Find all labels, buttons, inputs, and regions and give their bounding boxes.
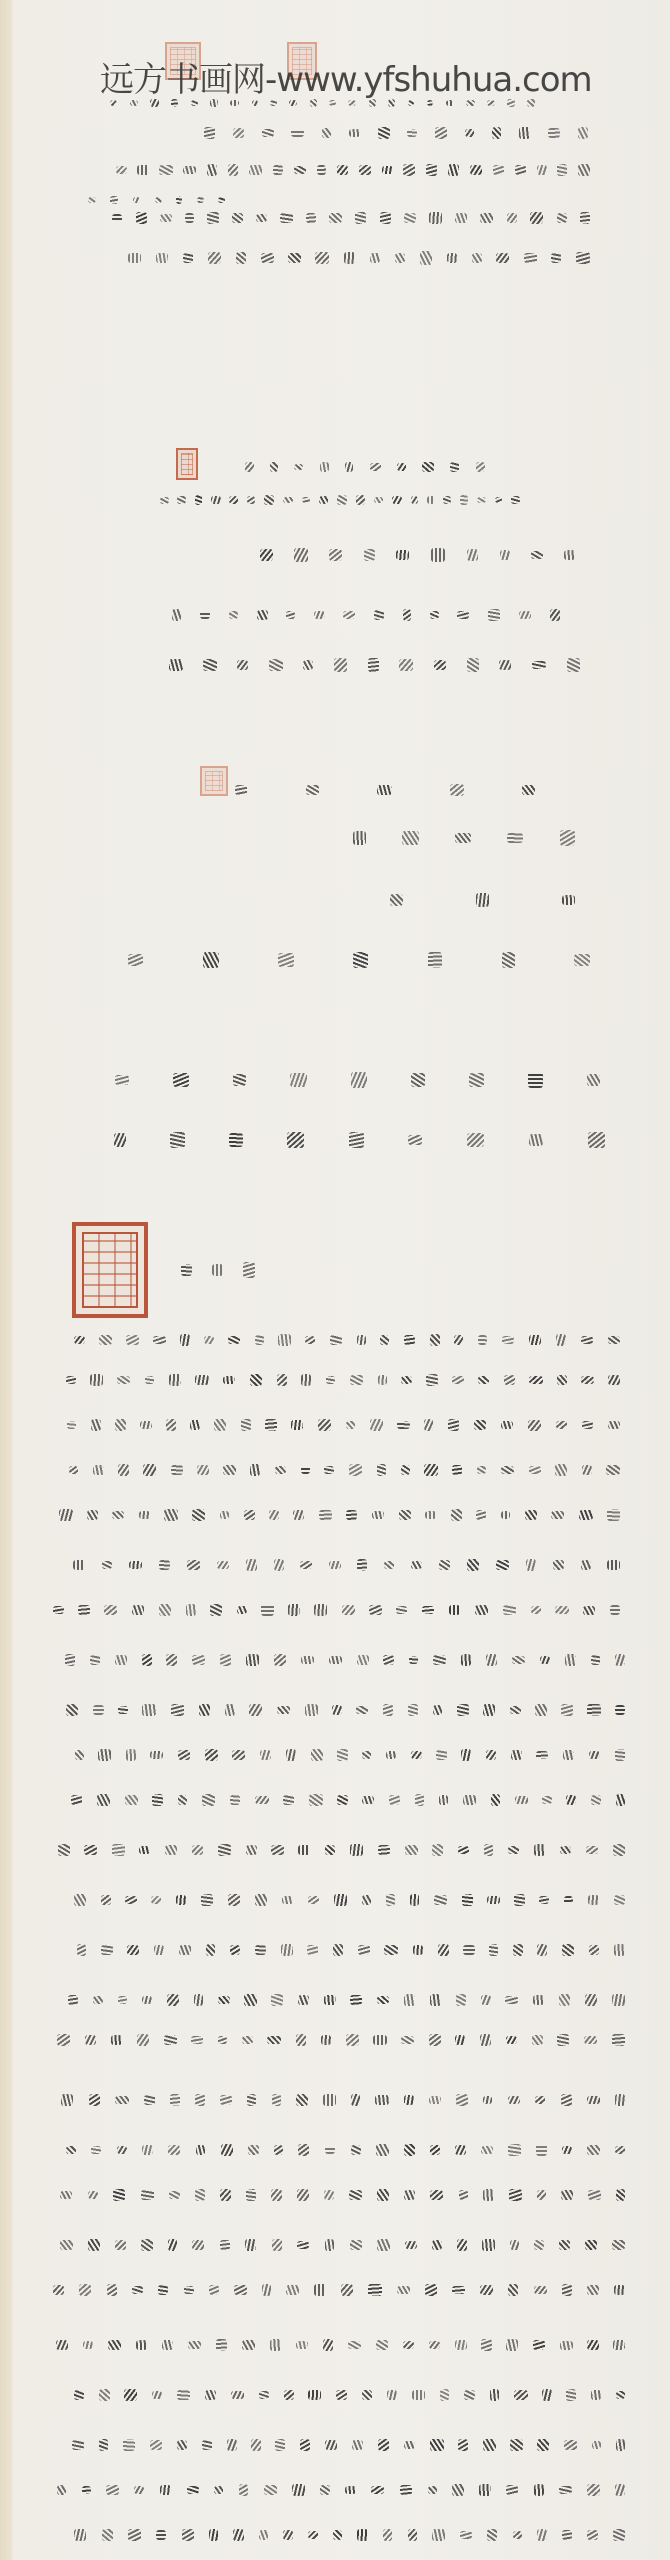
calligraphy-character: [533, 2340, 545, 2349]
calligraphy-character: [292, 2484, 305, 2496]
calligraphy-character: [267, 2036, 281, 2045]
calligraphy-character: [351, 1072, 367, 1089]
calligraphy-character: [237, 660, 247, 670]
calligraphy-character: [284, 2390, 294, 2399]
calligraphy-character: [296, 2341, 309, 2349]
calligraphy-character: [255, 1796, 269, 1804]
calligraphy-character: [262, 129, 274, 137]
calligraphy-character: [355, 212, 366, 224]
calligraphy-character: [467, 549, 478, 560]
calligraphy-character: [429, 2341, 440, 2349]
calligraphy-character: [464, 2390, 476, 2400]
calligraphy-character: [457, 611, 469, 620]
calligraphy-character: [501, 1511, 510, 1519]
colophon-line: [30, 1509, 620, 1522]
calligraphy-character: [330, 1335, 342, 1344]
calligraphy-character: [341, 2284, 353, 2296]
calligraphy-character: [587, 2096, 600, 2105]
calligraphy-character: [588, 2190, 601, 2201]
calligraphy-character: [483, 2189, 494, 2201]
colophon-line: [30, 1374, 620, 1387]
calligraphy-character: [348, 2341, 361, 2350]
calligraphy-character: [535, 1704, 546, 1716]
calligraphy-character: [200, 611, 210, 620]
calligraphy-character: [202, 1794, 215, 1806]
calligraphy-character: [237, 1606, 247, 1615]
calligraphy-character: [411, 496, 418, 504]
calligraphy-character: [585, 2240, 597, 2249]
calligraphy-character: [245, 462, 254, 473]
calligraphy-character: [483, 2439, 496, 2450]
calligraphy-character: [455, 213, 467, 224]
colophon-line: [20, 2529, 625, 2542]
calligraphy-character: [537, 165, 547, 174]
colophon-line: [30, 1944, 625, 1957]
calligraphy-character: [510, 2240, 519, 2251]
calligraphy-character: [449, 1605, 460, 1616]
calligraphy-character: [488, 609, 501, 621]
calligraphy-character: [476, 1510, 486, 1519]
calligraphy-character: [314, 2284, 326, 2297]
calligraphy-character: [430, 2439, 443, 2451]
calligraphy-character: [83, 2341, 93, 2349]
calligraphy-character: [302, 497, 310, 504]
colophon-line: [30, 1464, 620, 1477]
calligraphy-character: [534, 2484, 544, 2496]
calligraphy-character: [377, 1464, 386, 1476]
calligraphy-character: [99, 2389, 110, 2401]
calligraphy-character: [107, 2284, 117, 2296]
calligraphy-character: [487, 1896, 499, 1905]
calligraphy-character: [371, 2486, 384, 2494]
calligraphy-character: [424, 1419, 433, 1431]
calligraphy-character: [432, 2240, 442, 2250]
calligraphy-character: [232, 213, 242, 224]
calligraphy-character: [375, 2095, 388, 2104]
calligraphy-character: [66, 1704, 79, 1715]
calligraphy-character: [433, 1655, 446, 1665]
calligraphy-character: [422, 462, 433, 472]
calligraphy-character: [493, 165, 505, 175]
seal-glyph-icon: [205, 771, 223, 791]
calligraphy-character: [411, 1073, 426, 1088]
calligraphy-character: [244, 1510, 255, 1521]
watermark-text: 远方书画网-www.yfshuhua.com: [100, 52, 592, 101]
inscription-2-line: [150, 609, 560, 621]
calligraphy-character: [329, 213, 342, 223]
calligraphy-character: [436, 1750, 446, 1759]
calligraphy-character: [551, 253, 561, 263]
calligraphy-character: [297, 2241, 309, 2249]
calligraphy-character: [139, 1846, 150, 1854]
calligraphy-character: [561, 1704, 572, 1716]
calligraphy-character: [71, 1795, 83, 1805]
calligraphy-character: [204, 127, 215, 139]
calligraphy-character: [607, 1509, 620, 1521]
calligraphy-character: [142, 1996, 152, 2004]
calligraphy-character: [532, 2035, 543, 2046]
seal-large-stamp: [72, 1222, 148, 1318]
calligraphy-character: [218, 1996, 230, 2004]
calligraphy-character: [562, 2530, 572, 2540]
calligraphy-character: [218, 197, 225, 204]
calligraphy-character: [383, 1704, 393, 1716]
calligraphy-character: [265, 1419, 277, 1432]
calligraphy-character: [434, 1895, 447, 1904]
calligraphy-character: [380, 212, 391, 225]
calligraphy-character: [408, 1704, 418, 1717]
calligraphy-character: [319, 496, 328, 503]
calligraphy-character: [362, 2390, 372, 2400]
calligraphy-character: [82, 2486, 92, 2495]
calligraphy-character: [507, 833, 524, 844]
calligraphy-character: [530, 212, 543, 223]
calligraphy-character: [93, 1996, 103, 2005]
calligraphy-character: [246, 1559, 258, 1572]
calligraphy-character: [246, 1845, 257, 1854]
colophon-line: [20, 2239, 625, 2252]
calligraphy-character: [272, 2094, 281, 2106]
calligraphy-character: [508, 1846, 519, 1855]
calligraphy-character: [74, 1894, 86, 1906]
calligraphy-character: [352, 2440, 364, 2451]
calligraphy-character: [233, 128, 244, 138]
calligraphy-character: [124, 2389, 137, 2401]
calligraphy-character: [370, 1419, 383, 1431]
calligraphy-character: [180, 1334, 190, 1345]
calligraphy-character: [294, 166, 306, 175]
calligraphy-character: [132, 1605, 145, 1615]
calligraphy-character: [332, 1705, 341, 1714]
calligraphy-character: [232, 1750, 245, 1760]
calligraphy-character: [337, 495, 347, 505]
calligraphy-character: [452, 1376, 463, 1384]
calligraphy-character: [315, 252, 329, 264]
calligraphy-character: [450, 784, 463, 795]
calligraphy-character: [89, 2094, 100, 2106]
calligraphy-character: [537, 2529, 546, 2541]
calligraphy-character: [206, 1944, 215, 1956]
calligraphy-character: [350, 2240, 362, 2251]
calligraphy-character: [368, 2284, 382, 2297]
calligraphy-character: [386, 1751, 396, 1759]
calligraphy-character: [500, 550, 510, 559]
calligraphy-character: [178, 1750, 191, 1759]
calligraphy-character: [242, 2340, 255, 2350]
calligraphy-character: [160, 2485, 172, 2495]
calligraphy-character: [567, 658, 580, 671]
calligraphy-character: [271, 2189, 282, 2201]
calligraphy-character: [396, 1606, 407, 1615]
calligraphy-character: [448, 164, 459, 177]
calligraphy-character: [536, 1751, 548, 1759]
calligraphy-character: [411, 1561, 423, 1569]
calligraphy-character: [389, 1795, 400, 1805]
inscription-1-line: [175, 127, 588, 140]
calligraphy-character: [386, 1894, 395, 1906]
calligraphy-character: [616, 2189, 625, 2201]
calligraphy-character: [451, 1509, 462, 1521]
calligraphy-character: [278, 1334, 290, 1345]
calligraphy-character: [192, 1509, 205, 1520]
calligraphy-character: [455, 2035, 465, 2044]
calligraphy-character: [463, 1795, 476, 1804]
calligraphy-character: [508, 2144, 521, 2156]
colophon-line: [30, 2389, 625, 2402]
calligraphy-character: [93, 1465, 104, 1475]
calligraphy-character: [128, 2529, 141, 2541]
calligraphy-character: [261, 1604, 274, 1616]
colophon-line: [30, 1894, 625, 1907]
calligraphy-character: [102, 2529, 114, 2541]
calligraphy-character: [255, 1945, 266, 1955]
calligraphy-character: [438, 1944, 449, 1956]
calligraphy-character: [220, 2095, 232, 2105]
calligraphy-character: [439, 1795, 448, 1805]
calligraphy-character: [397, 463, 406, 471]
calligraphy-character: [512, 1656, 525, 1664]
calligraphy-character: [333, 1944, 343, 1957]
calligraphy-character: [288, 1604, 300, 1616]
signature-line: [168, 1262, 255, 1278]
calligraphy-character: [460, 2531, 472, 2540]
calligraphy-character: [584, 2036, 597, 2044]
calligraphy-character: [430, 1994, 441, 2007]
calligraphy-character: [587, 2340, 599, 2351]
calligraphy-character: [407, 129, 417, 137]
calligraphy-character: [214, 1419, 226, 1431]
calligraphy-character: [281, 1944, 293, 1957]
calligraphy-character: [470, 165, 482, 175]
calligraphy-character: [425, 1511, 436, 1520]
calligraphy-character: [274, 2145, 283, 2156]
calligraphy-character: [301, 1656, 314, 1664]
calligraphy-character: [430, 611, 439, 619]
calligraphy-character: [168, 2145, 180, 2156]
calligraphy-character: [458, 2439, 468, 2452]
calligraphy-character: [115, 1419, 126, 1432]
calligraphy-character: [136, 212, 147, 223]
calligraphy-character: [227, 2439, 237, 2451]
calligraphy-character: [439, 1560, 450, 1571]
calligraphy-character: [529, 1335, 542, 1344]
calligraphy-character: [288, 253, 300, 263]
calligraphy-character: [101, 1895, 111, 1906]
calligraphy-character: [209, 2529, 219, 2541]
calligraphy-character: [300, 2439, 311, 2451]
poem-line: [95, 1072, 600, 1089]
calligraphy-character: [422, 1606, 435, 1615]
calligraphy-character: [264, 2485, 277, 2494]
calligraphy-character: [323, 2094, 335, 2107]
calligraphy-character: [409, 1656, 419, 1664]
calligraphy-character: [608, 1421, 620, 1429]
calligraphy-character: [190, 1420, 199, 1431]
calligraphy-character: [296, 2034, 307, 2047]
calligraphy-character: [583, 1606, 595, 1615]
calligraphy-character: [591, 1795, 601, 1805]
calligraphy-character: [134, 2486, 144, 2495]
calligraphy-character: [112, 1511, 124, 1519]
calligraphy-character: [127, 1945, 139, 1955]
calligraphy-character: [466, 100, 474, 106]
calligraphy-character: [454, 1335, 463, 1346]
calligraphy-character: [578, 127, 588, 140]
calligraphy-character: [612, 2240, 625, 2250]
calligraphy-character: [368, 658, 379, 672]
calligraphy-character: [426, 164, 437, 175]
calligraphy-character: [404, 213, 416, 223]
calligraphy-character: [228, 1336, 240, 1344]
calligraphy-character: [576, 252, 590, 265]
calligraphy-character: [615, 1749, 625, 1760]
calligraphy-character: [115, 2240, 126, 2250]
calligraphy-character: [325, 2239, 335, 2251]
calligraphy-character: [110, 196, 118, 204]
calligraphy-character: [480, 2285, 493, 2294]
calligraphy-character: [57, 2485, 66, 2495]
calligraphy-character: [607, 1560, 620, 1569]
calligraphy-character: [467, 658, 479, 672]
calligraphy-character: [531, 551, 542, 560]
calligraphy-character: [364, 549, 375, 560]
calligraphy-character: [113, 2189, 125, 2200]
calligraphy-character: [614, 1944, 625, 1957]
calligraphy-character: [456, 1994, 466, 2006]
calligraphy-character: [275, 2439, 284, 2451]
calligraphy-character: [564, 2440, 578, 2449]
calligraphy-character: [98, 1749, 111, 1761]
calligraphy-character: [529, 1466, 541, 1474]
calligraphy-character: [220, 2189, 231, 2200]
calligraphy-character: [229, 611, 239, 619]
calligraphy-character: [164, 1509, 178, 1520]
calligraphy-character: [404, 2190, 415, 2199]
inscription-1-line: [88, 251, 590, 265]
calligraphy-character: [533, 1995, 544, 2004]
calligraphy-character: [458, 1846, 469, 1855]
calligraphy-character: [68, 1995, 79, 2005]
calligraphy-character: [501, 1466, 515, 1475]
calligraphy-character: [74, 2390, 85, 2400]
calligraphy-character: [448, 1419, 459, 1430]
calligraphy-character: [591, 1655, 600, 1666]
calligraphy-character: [370, 253, 380, 263]
calligraphy-character: [353, 952, 368, 969]
calligraphy-character: [555, 1606, 568, 1614]
inscription-2-line: [228, 462, 485, 473]
calligraphy-character: [582, 1421, 594, 1430]
calligraphy-character: [196, 2145, 206, 2156]
calligraphy-character: [479, 2484, 491, 2496]
calligraphy-character: [74, 2529, 87, 2542]
calligraphy-character: [349, 1464, 363, 1476]
calligraphy-character: [560, 1846, 572, 1854]
calligraphy-character: [560, 830, 575, 846]
calligraphy-character: [249, 1704, 262, 1716]
calligraphy-character: [158, 2285, 169, 2296]
calligraphy-character: [337, 165, 348, 175]
calligraphy-character: [349, 1132, 364, 1148]
calligraphy-character: [112, 214, 122, 222]
calligraphy-character: [197, 197, 204, 203]
calligraphy-character: [323, 2339, 333, 2351]
calligraphy-character: [228, 1894, 240, 1905]
calligraphy-character: [429, 2034, 441, 2046]
calligraphy-character: [504, 1375, 515, 1386]
calligraphy-character: [179, 1945, 191, 1955]
calligraphy-character: [233, 1074, 246, 1086]
calligraphy-character: [383, 2529, 393, 2541]
seal-colophon-stamp: [200, 766, 228, 796]
calligraphy-character: [128, 954, 143, 966]
calligraphy-character: [274, 1654, 286, 1667]
calligraphy-character: [476, 893, 489, 906]
calligraphy-character: [359, 165, 371, 175]
calligraphy-character: [116, 166, 127, 174]
calligraphy-character: [277, 1706, 290, 1714]
calligraphy-character: [160, 214, 172, 222]
calligraphy-character: [587, 2484, 600, 2495]
calligraphy-character: [309, 1794, 322, 1806]
calligraphy-character: [283, 1795, 294, 1806]
calligraphy-character: [606, 1465, 620, 1475]
calligraphy-character: [165, 1845, 177, 1855]
calligraphy-character: [456, 2094, 468, 2105]
calligraphy-character: [115, 2096, 128, 2105]
calligraphy-character: [369, 1605, 381, 1616]
calligraphy-character: [212, 1264, 224, 1275]
calligraphy-character: [562, 1944, 574, 1957]
calligraphy-character: [211, 496, 221, 505]
calligraphy-character: [588, 1132, 605, 1148]
calligraphy-character: [615, 2094, 625, 2107]
calligraphy-character: [390, 894, 403, 905]
calligraphy-character: [509, 2189, 521, 2201]
calligraphy-character: [556, 1334, 567, 1345]
calligraphy-character: [612, 2034, 625, 2046]
scroll-mount-edge: [0, 0, 12, 2560]
calligraphy-character: [202, 2440, 212, 2450]
calligraphy-character: [589, 1751, 601, 1759]
calligraphy-character: [510, 2439, 522, 2451]
calligraphy-character: [462, 1894, 473, 1907]
calligraphy-character: [430, 2190, 443, 2201]
calligraphy-character: [154, 1945, 164, 1956]
calligraphy-character: [223, 1465, 235, 1474]
calligraphy-character: [217, 1561, 229, 1569]
inscription-1-line: [78, 164, 590, 177]
calligraphy-character: [74, 1336, 85, 1344]
calligraphy-character: [112, 1844, 125, 1857]
calligraphy-character: [183, 166, 196, 175]
calligraphy-character: [608, 1375, 620, 1384]
calligraphy-character: [204, 1336, 214, 1344]
calligraphy-character: [353, 831, 366, 845]
calligraphy-character: [404, 1335, 416, 1346]
colophon-line: [30, 1419, 620, 1432]
calligraphy-character: [144, 2095, 155, 2105]
calligraphy-character: [404, 2144, 415, 2157]
calligraphy-character: [90, 1374, 103, 1385]
calligraphy-character: [249, 165, 262, 175]
calligraphy-character: [156, 253, 168, 263]
calligraphy-character: [286, 2285, 299, 2295]
poem-line: [350, 830, 575, 846]
calligraphy-character: [528, 1420, 542, 1431]
calligraphy-character: [374, 610, 384, 620]
calligraphy-character: [455, 2340, 467, 2350]
